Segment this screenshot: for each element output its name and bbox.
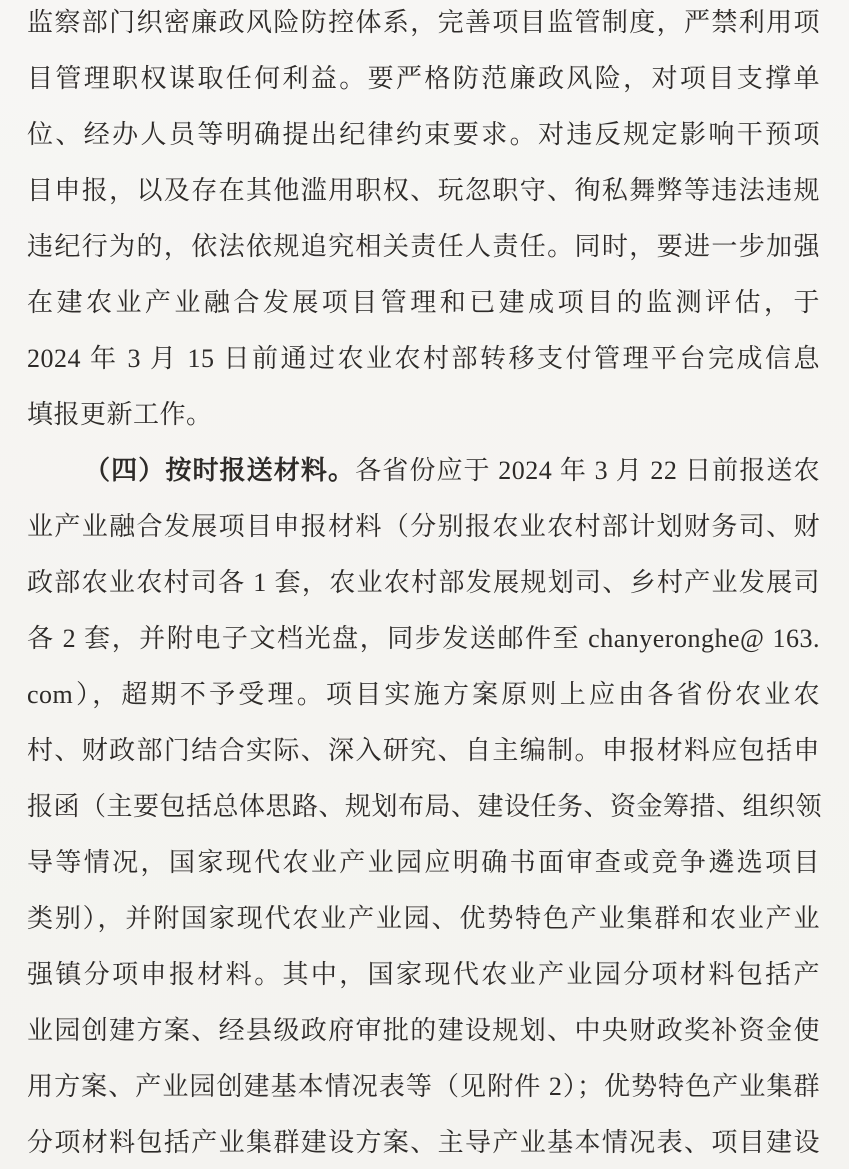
text-line: 位、经办人员等明确提出纪律约束要求。对违反规定影响干预项 [27, 107, 820, 163]
text-line: 各 2 套，并附电子文档光盘，同步发送邮件至 chanyeronghe@ 163… [27, 611, 820, 667]
line-text: com），超期不予受理。项目实施方案原则上应由各省份农业农 [27, 680, 820, 709]
text-line: 政部农业农村司各 1 套，农业农村部发展规划司、乡村产业发展司 [27, 555, 820, 611]
line-text: 各 2 套，并附电子文档光盘，同步发送邮件至 chanyeronghe@ 163… [27, 624, 820, 653]
text-line: 类别），并附国家现代农业产业园、优势特色产业集群和农业产业 [27, 891, 820, 947]
text-line: 目申报，以及存在其他滥用职权、玩忽职守、徇私舞弊等违法违规 [27, 163, 820, 219]
document-page: 监察部门织密廉政风险防控体系，完善项目监管制度，严禁利用项 目管理职权谋取任何利… [0, 0, 849, 1169]
line-text: 业园创建方案、经县级政府审批的建设规划、中央财政奖补资金使 [27, 1016, 820, 1045]
line-text: 填报更新工作。 [27, 400, 213, 429]
line-text: 报函（主要包括总体思路、规划布局、建设任务、资金筹措、组织领 [27, 792, 822, 821]
line-text: 2024 年 3 月 15 日前通过农业农村部转移支付管理平台完成信息 [27, 344, 820, 373]
text-line: 用方案、产业园创建基本情况表等（见附件 2）；优势特色产业集群 [27, 1059, 820, 1115]
line-text: 监察部门织密廉政风险防控体系，完善项目监管制度，严禁利用项 [27, 8, 820, 37]
section-heading: （四）按时报送材料。 [84, 456, 355, 485]
text-line: 业园创建方案、经县级政府审批的建设规划、中央财政奖补资金使 [27, 1003, 820, 1059]
text-line: 导等情况，国家现代农业产业园应明确书面审查或竞争遴选项目 [27, 835, 820, 891]
line-text: 用方案、产业园创建基本情况表等（见附件 2）；优势特色产业集群 [27, 1072, 820, 1101]
line-text: 类别），并附国家现代农业产业园、优势特色产业集群和农业产业 [27, 904, 820, 933]
line-text: 导等情况，国家现代农业产业园应明确书面审查或竞争遴选项目 [27, 848, 820, 877]
text-line: 在建农业产业融合发展项目管理和已建成项目的监测评估，于 [27, 275, 820, 331]
text-line: 报函（主要包括总体思路、规划布局、建设任务、资金筹措、组织领 [27, 779, 820, 835]
line-text: 政部农业农村司各 1 套，农业农村部发展规划司、乡村产业发展司 [27, 568, 820, 597]
text-line: 2024 年 3 月 15 日前通过农业农村部转移支付管理平台完成信息 [27, 331, 820, 387]
text-line: 业产业融合发展项目申报材料（分别报农业农村部计划财务司、财 [27, 499, 820, 555]
text-line: com），超期不予受理。项目实施方案原则上应由各省份农业农 [27, 667, 820, 723]
line-text: 分项材料包括产业集群建设方案、主导产业基本情况表、项目建设 [27, 1128, 820, 1157]
line-text: 在建农业产业融合发展项目管理和已建成项目的监测评估，于 [27, 288, 820, 317]
text-line: 强镇分项申报材料。其中，国家现代农业产业园分项材料包括产 [27, 947, 820, 1003]
text-line: 填报更新工作。 [27, 387, 820, 443]
line-text: 各省份应于 2024 年 3 月 22 日前报送农 [355, 456, 820, 485]
line-text: 强镇分项申报材料。其中，国家现代农业产业园分项材料包括产 [27, 960, 820, 989]
text-line: 违纪行为的，依法依规追究相关责任人责任。同时，要进一步加强 [27, 219, 820, 275]
line-text: 违纪行为的，依法依规追究相关责任人责任。同时，要进一步加强 [27, 232, 820, 261]
line-text: 目管理职权谋取任何利益。要严格防范廉政风险，对项目支撑单 [27, 64, 820, 93]
line-text: 位、经办人员等明确提出纪律约束要求。对违反规定影响干预项 [27, 120, 820, 149]
document-body: 监察部门织密廉政风险防控体系，完善项目监管制度，严禁利用项 目管理职权谋取任何利… [27, 0, 820, 1169]
text-line: 村、财政部门结合实际、深入研究、自主编制。申报材料应包括申 [27, 723, 820, 779]
line-text: 目申报，以及存在其他滥用职权、玩忽职守、徇私舞弊等违法违规 [27, 176, 820, 205]
text-line: （四）按时报送材料。各省份应于 2024 年 3 月 22 日前报送农 [27, 443, 820, 499]
text-line: 监察部门织密廉政风险防控体系，完善项目监管制度，严禁利用项 [27, 0, 820, 51]
text-line: 分项材料包括产业集群建设方案、主导产业基本情况表、项目建设 [27, 1115, 820, 1169]
line-text: 业产业融合发展项目申报材料（分别报农业农村部计划财务司、财 [27, 512, 820, 541]
line-text: 村、财政部门结合实际、深入研究、自主编制。申报材料应包括申 [27, 736, 820, 765]
text-line: 目管理职权谋取任何利益。要严格防范廉政风险，对项目支撑单 [27, 51, 820, 107]
